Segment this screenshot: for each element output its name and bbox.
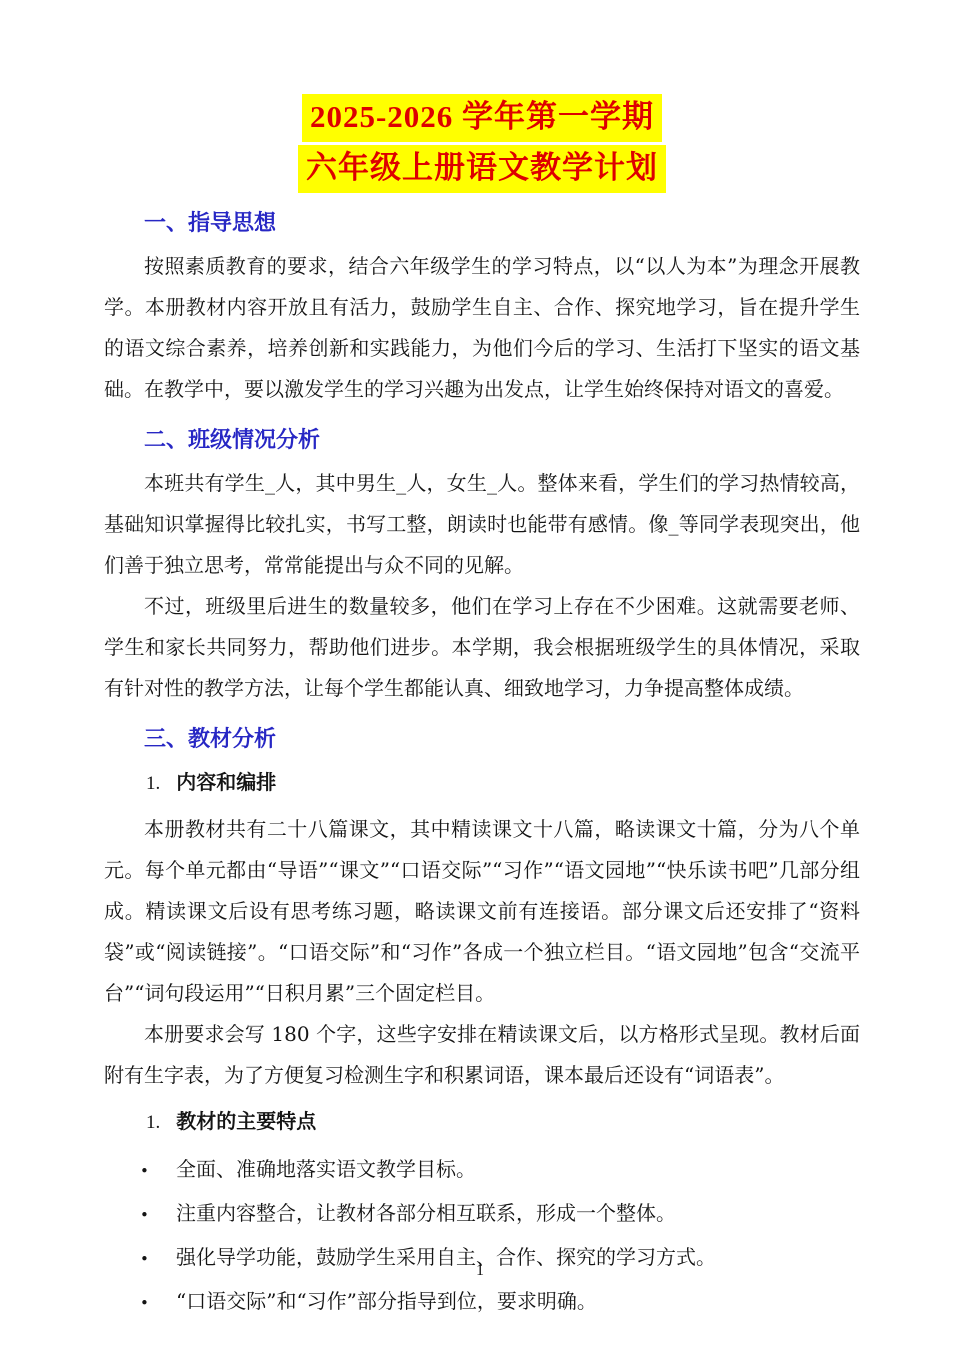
bullet-item: • 全面、准确地落实语文教学目标。 <box>104 1148 860 1192</box>
paragraph: 本册要求会写 180 个字，这些字安排在精读课文后，以方格形式呈现。教材后面附有… <box>104 1014 860 1096</box>
section-heading-guiding-ideology: 一、指导思想 <box>144 209 860 237</box>
bullet-dot-icon: • <box>140 1282 162 1324</box>
paragraph: 按照素质教育的要求，结合六年级学生的学习特点，以“以人为本”为理念开展教学。本册… <box>104 246 860 410</box>
section-heading-textbook-analysis: 三、教材分析 <box>144 725 860 753</box>
document-page: 2025-2026 学年第一学期 六年级上册语文教学计划 一、指导思想 按照素质… <box>0 0 960 1358</box>
subsection-title-text: 教材的主要特点 <box>176 1109 316 1133</box>
title-line-2-text: 六年级上册语文教学计划 <box>298 145 666 193</box>
bullet-item-text: 全面、准确地落实语文教学目标。 <box>176 1148 476 1190</box>
bullet-item-text: 注重内容整合，让教材各部分相互联系，形成一个整体。 <box>176 1192 676 1234</box>
paragraph: 不过，班级里后进生的数量较多，他们在学习上存在不少困难。这就需要老师、学生和家长… <box>104 586 860 709</box>
subsection-number: 1. <box>146 1112 160 1133</box>
bullet-item: • “口语交际”和“习作”部分指导到位，要求明确。 <box>104 1280 860 1324</box>
page-number: 1 <box>0 1262 960 1280</box>
title-line-2: 六年级上册语文教学计划 <box>104 145 860 193</box>
title-line-1-text: 2025-2026 学年第一学期 <box>302 94 662 142</box>
subsection-number: 1. <box>146 773 160 794</box>
bullet-dot-icon: • <box>140 1150 162 1192</box>
subsection-title-content-arrangement: 1.内容和编排 <box>146 762 860 804</box>
paragraph: 本班共有学生_人，其中男生_人，女生_人。整体来看，学生们的学习热情较高，基础知… <box>104 463 860 586</box>
document-title: 2025-2026 学年第一学期 六年级上册语文教学计划 <box>104 94 860 193</box>
bullet-item-text: “口语交际”和“习作”部分指导到位，要求明确。 <box>176 1280 597 1322</box>
title-line-1: 2025-2026 学年第一学期 <box>104 94 860 142</box>
bullet-dot-icon: • <box>140 1194 162 1236</box>
subsection-title-text: 内容和编排 <box>176 770 276 794</box>
bullet-list: • 全面、准确地落实语文教学目标。 • 注重内容整合，让教材各部分相互联系，形成… <box>104 1148 860 1324</box>
section-heading-class-analysis: 二、班级情况分析 <box>144 426 860 454</box>
subsection-title-textbook-features: 1.教材的主要特点 <box>146 1101 860 1143</box>
paragraph: 本册教材共有二十八篇课文，其中精读课文十八篇，略读课文十篇，分为八个单元。每个单… <box>104 809 860 1014</box>
bullet-item: • 注重内容整合，让教材各部分相互联系，形成一个整体。 <box>104 1192 860 1236</box>
